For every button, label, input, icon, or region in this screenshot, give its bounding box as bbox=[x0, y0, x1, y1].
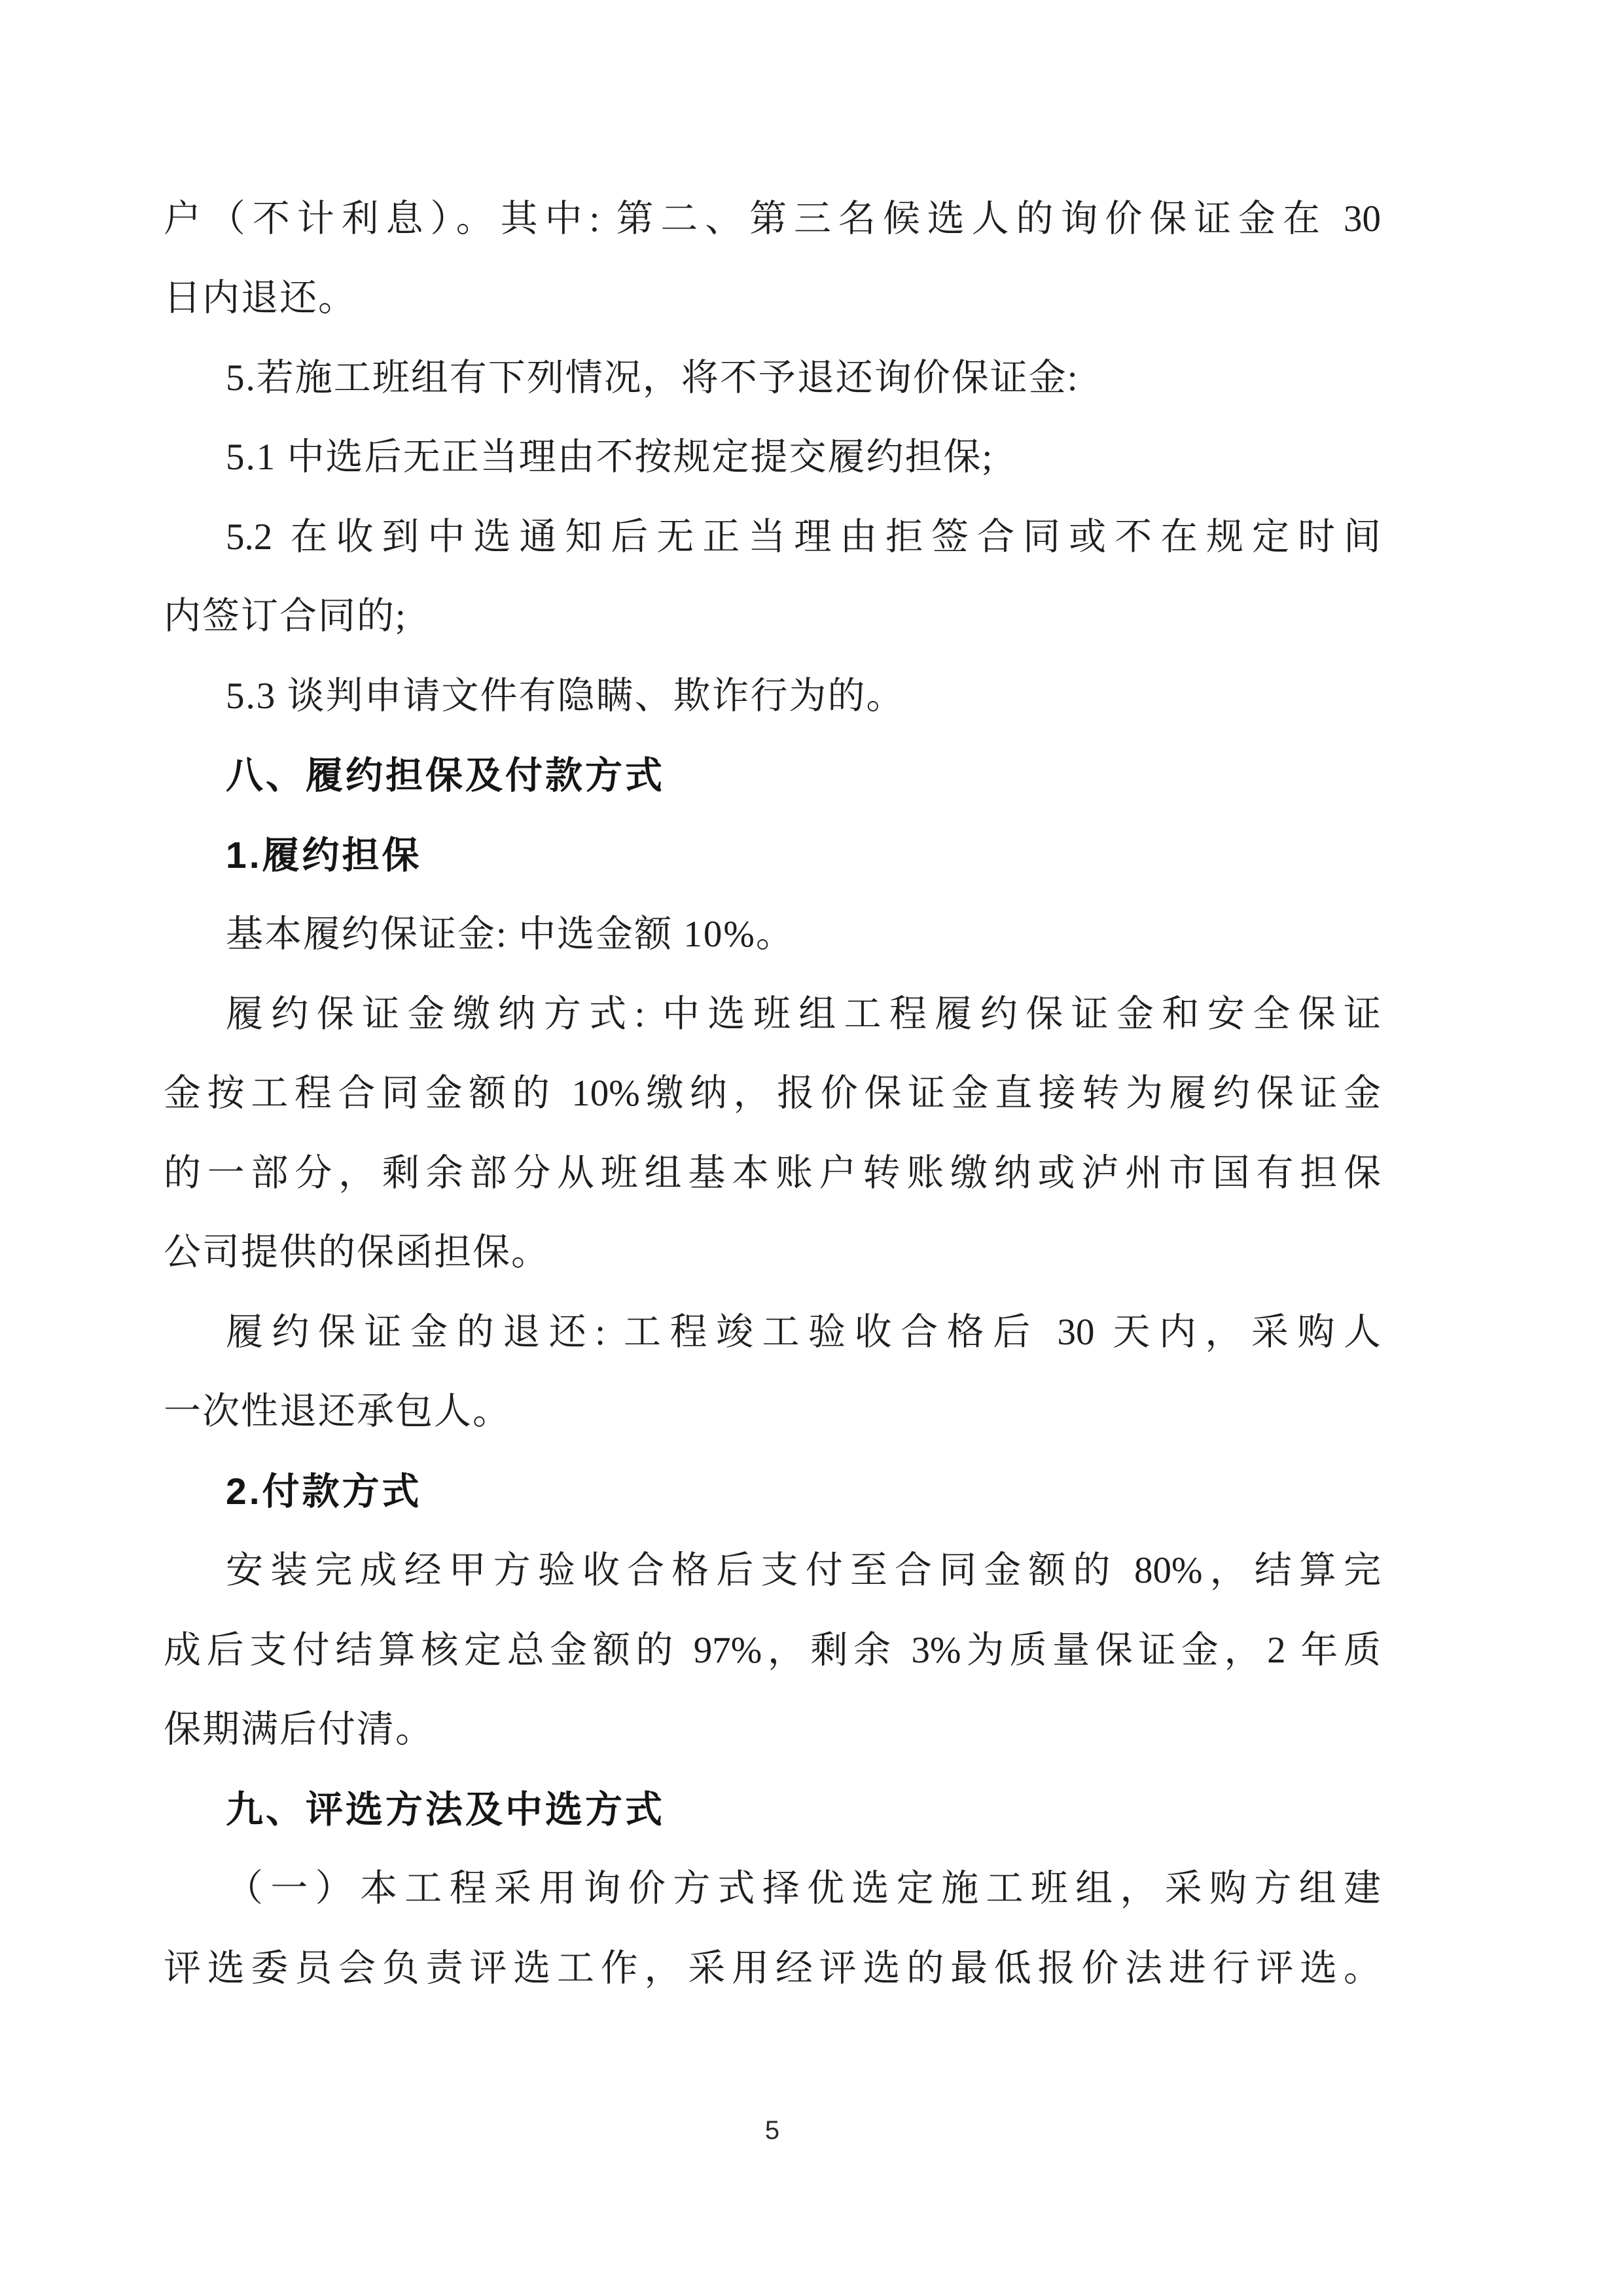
text-line: 5.2 在收到中选通知后无正当理由拒签合同或不在规定时间 bbox=[164, 514, 1381, 594]
section-heading: 2.付款方式 bbox=[164, 1469, 1381, 1548]
text-line: 履约保证金的退还: 工程竣工验收合格后 30 天内，采购人 bbox=[164, 1310, 1381, 1389]
text-line: 安装完成经甲方验收合格后支付至合同金额的 80%，结算完 bbox=[164, 1548, 1381, 1627]
text-line: 5.若施工班组有下列情况，将不予退还询价保证金: bbox=[164, 355, 1381, 435]
text-line: 成后支付结算核定总金额的 97%，剩余 3%为质量保证金，2 年质 bbox=[164, 1628, 1381, 1707]
section-heading: 八、履约担保及付款方式 bbox=[164, 753, 1381, 832]
text-line: 公司提供的保函担保。 bbox=[164, 1230, 1381, 1309]
text-line: 履约保证金缴纳方式: 中选班组工程履约保证金和安全保证 bbox=[164, 992, 1381, 1071]
text-line: 保期满后付清。 bbox=[164, 1707, 1381, 1786]
text-line: 内签订合同的; bbox=[164, 594, 1381, 673]
section-heading: 1.履约担保 bbox=[164, 833, 1381, 912]
text-line: 5.3 谈判申请文件有隐瞒、欺诈行为的。 bbox=[164, 673, 1381, 753]
text-line: 5.1 中选后无正当理由不按规定提交履约担保; bbox=[164, 435, 1381, 514]
text-line: 的一部分，剩余部分从班组基本账户转账缴纳或泸州市国有担保 bbox=[164, 1151, 1381, 1230]
text-line: 日内退还。 bbox=[164, 276, 1381, 355]
text-line: 评选委员会负责评选工作，采用经评选的最低报价法进行评选。 bbox=[164, 1946, 1381, 2025]
text-line: 基本履约保证金: 中选金额 10%。 bbox=[164, 912, 1381, 991]
text-line: 金按工程合同金额的 10%缴纳，报价保证金直接转为履约保证金 bbox=[164, 1071, 1381, 1150]
page-number: 5 bbox=[753, 2116, 792, 2145]
text-line: 户（不计利息）。其中: 第二、第三名候选人的询价保证金在 30 bbox=[164, 196, 1381, 276]
text-line: 一次性退还承包人。 bbox=[164, 1389, 1381, 1468]
section-heading: 九、评选方法及中选方式 bbox=[164, 1787, 1381, 1866]
document-page: 户（不计利息）。其中: 第二、第三名候选人的询价保证金在 30 日内退还。 5.… bbox=[0, 0, 1623, 2296]
text-line: （一）本工程采用询价方式择优选定施工班组，采购方组建 bbox=[164, 1866, 1381, 1945]
